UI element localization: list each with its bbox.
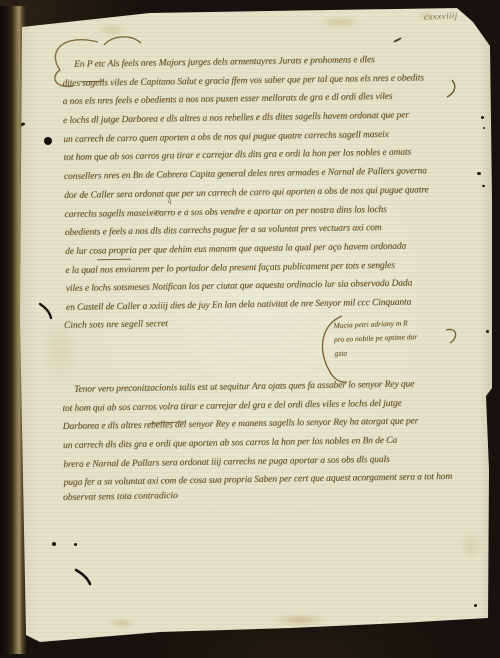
lower-comma-mark: [76, 570, 90, 584]
edge-speck: [482, 185, 485, 187]
margin-comma-mark: [40, 304, 51, 318]
opening-initial-flourish-top: [104, 37, 141, 45]
edge-speck: [474, 604, 477, 607]
royal-letter-paragraph: En P etc Als feels nres Majors jurges de…: [62, 50, 458, 318]
proclamation-paragraph: Tenor vero preconitzacionis talis est ut…: [62, 375, 466, 493]
edge-speck: [477, 172, 481, 175]
wormhole: [44, 137, 52, 145]
chancery-note-squiggle: [446, 329, 456, 343]
photo-background: cxxxviiij En P etc Als feels nres Majors…: [0, 0, 500, 658]
ink-speck: [74, 543, 77, 546]
chancery-note: Macia petri adriany m R pro eo nobile pe…: [333, 315, 444, 361]
surface-scratch: [393, 37, 402, 43]
letter-dating-close: Cinch sots nre segell secret: [64, 319, 168, 331]
interlinear-insertion: q: [168, 197, 172, 205]
interlinear-insertion: qte: [152, 208, 161, 216]
parchment-page: cxxxviiij En P etc Als feels nres Majors…: [0, 0, 500, 658]
ink-speck: [52, 542, 56, 546]
edge-speck: [483, 127, 485, 129]
folio-number: cxxxviiij: [424, 10, 458, 22]
proclamation-close: observat sens tota contradicio: [63, 491, 178, 503]
edge-speck: [486, 330, 489, 333]
edge-speck: [481, 116, 484, 119]
